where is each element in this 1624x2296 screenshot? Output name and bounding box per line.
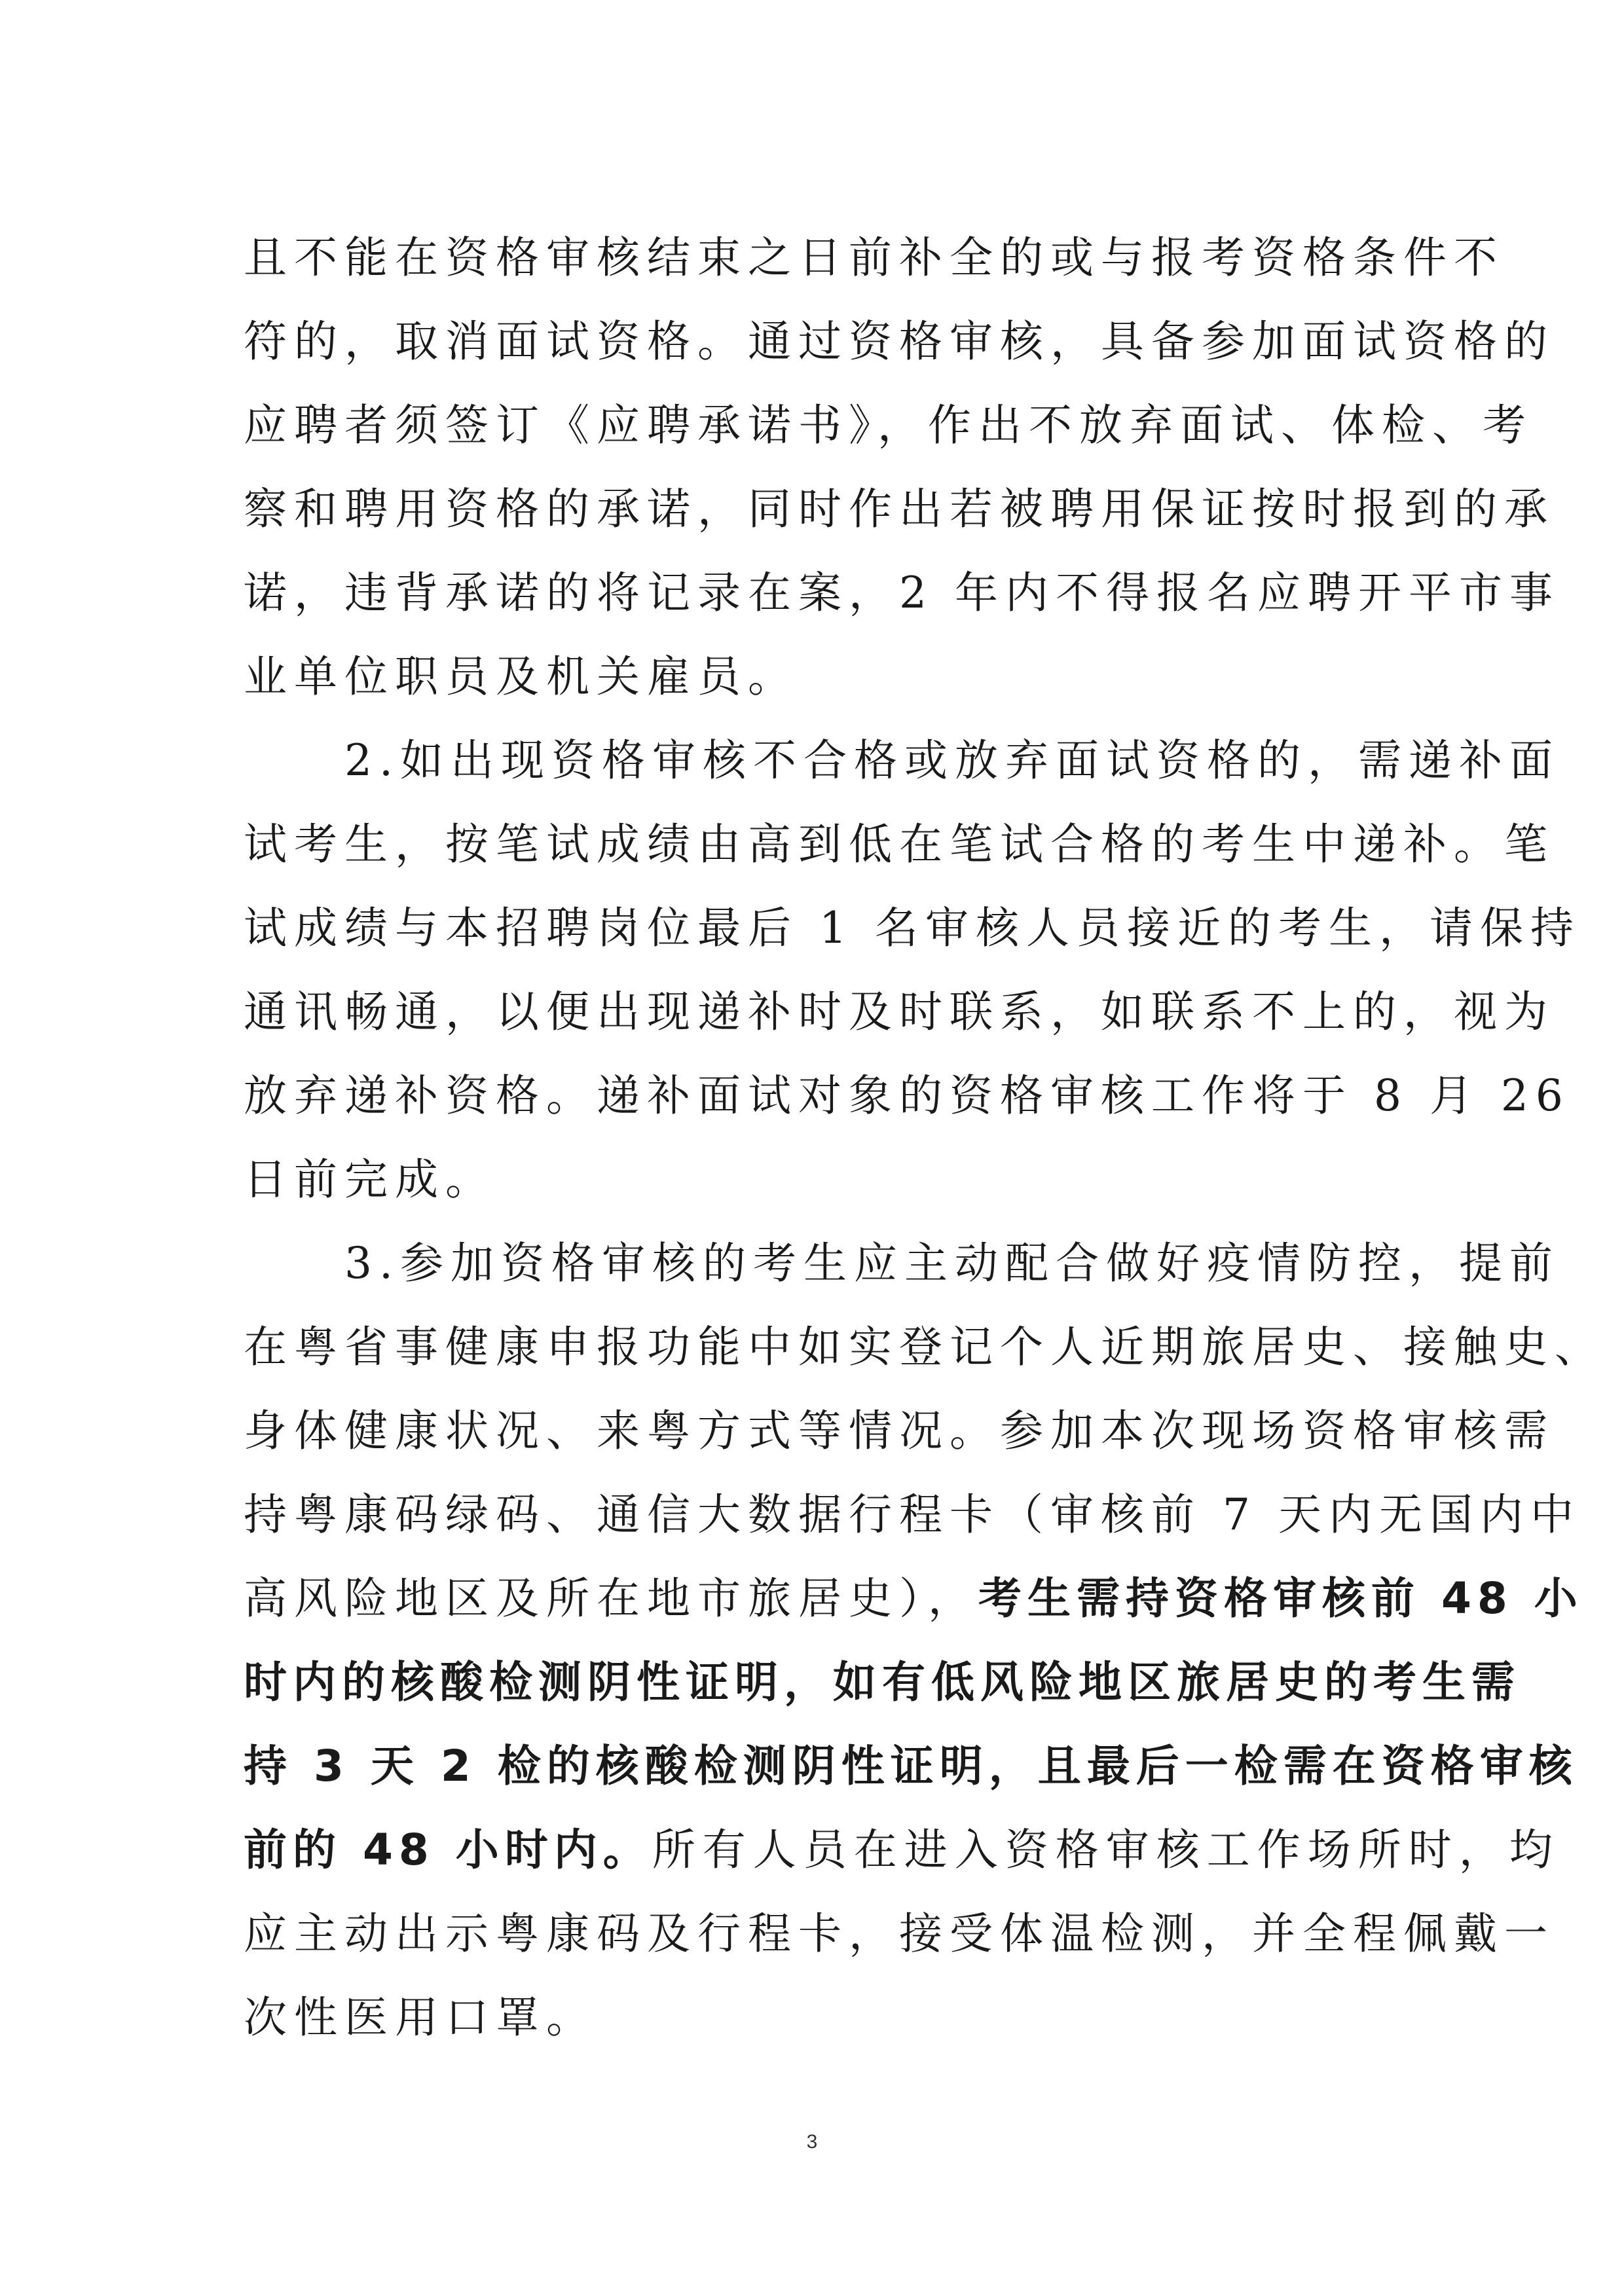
page-number: 3 <box>0 2131 1624 2153</box>
text-line: 察和聘用资格的承诺，同时作出若被聘用保证按时报到的承 <box>244 467 1383 551</box>
text-run: 符的，取消面试资格。通过资格审核，具备参加面试资格的 <box>244 316 1555 367</box>
text-line: 应主动出示粤康码及行程卡，接受体温检测，并全程佩戴一 <box>244 1892 1383 1976</box>
text-line: 符的，取消面试资格。通过资格审核，具备参加面试资格的 <box>244 300 1383 384</box>
text-line: 试考生，按笔试成绩由高到低在笔试合格的考生中递补。笔 <box>244 803 1383 886</box>
text-run: 次性医用口罩。 <box>244 1992 597 2043</box>
text-run: 日前完成。 <box>244 1154 496 1205</box>
bold-text: 时内的核酸检测阴性证明，如有低风险地区旅居史的考生需 <box>244 1657 1521 1707</box>
text-run: 2.如出现资格审核不合格或放弃面试资格的，需递补面 <box>244 735 1560 786</box>
text-line: 通讯畅通，以便出现递补时及时联系，如联系不上的，视为 <box>244 970 1383 1054</box>
text-run: 察和聘用资格的承诺，同时作出若被聘用保证按时报到的承 <box>244 484 1555 534</box>
text-line: 2.如出现资格审核不合格或放弃面试资格的，需递补面 <box>244 719 1383 803</box>
text-run: 试成绩与本招聘岗位最后 1 名审核人员接近的考生，请保持 <box>244 903 1581 953</box>
bold-text: 考生需持资格审核前 48 小 <box>978 1573 1583 1624</box>
text-line: 3.参加资格审核的考生应主动配合做好疫情防控，提前 <box>244 1222 1383 1305</box>
text-line: 在粤省事健康申报功能中如实登记个人近期旅居史、接触史、 <box>244 1305 1383 1389</box>
text-run: 且不能在资格审核结束之日前补全的或与报考资格条件不 <box>244 232 1504 283</box>
text-line: 高风险地区及所在地市旅居史），考生需持资格审核前 48 小 <box>244 1557 1383 1641</box>
text-line: 诺，违背承诺的将记录在案，2 年内不得报名应聘开平市事 <box>244 551 1383 635</box>
text-line: 次性医用口罩。 <box>244 1976 1383 2060</box>
text-run: 试考生，按笔试成绩由高到低在笔试合格的考生中递补。笔 <box>244 819 1555 869</box>
text-line: 业单位职员及机关雇员。 <box>244 635 1383 719</box>
text-line: 持粤康码绿码、通信大数据行程卡（审核前 7 天内无国内中 <box>244 1473 1383 1557</box>
text-line: 应聘者须签订《应聘承诺书》，作出不放弃面试、体检、考 <box>244 384 1383 467</box>
text-run: 在粤省事健康申报功能中如实登记个人近期旅居史、接触史、 <box>244 1322 1605 1372</box>
bold-text: 前的 48 小时内。 <box>244 1825 652 1875</box>
text-run: 业单位职员及机关雇员。 <box>244 651 798 702</box>
text-line: 且不能在资格审核结束之日前补全的或与报考资格条件不 <box>244 216 1383 300</box>
text-run: 所有人员在进入资格审核工作场所时，均 <box>652 1825 1560 1875</box>
text-run: 通讯畅通，以便出现递补时及时联系，如联系不上的，视为 <box>244 987 1555 1037</box>
text-run: 3.参加资格审核的考生应主动配合做好疫情防控，提前 <box>244 1238 1560 1288</box>
text-line: 日前完成。 <box>244 1138 1383 1222</box>
text-run: 放弃递补资格。递补面试对象的资格审核工作将于 8 月 26 <box>244 1070 1570 1121</box>
text-line: 身体健康状况、来粤方式等情况。参加本次现场资格审核需 <box>244 1389 1383 1473</box>
text-line: 放弃递补资格。递补面试对象的资格审核工作将于 8 月 26 <box>244 1054 1383 1138</box>
text-line: 持 3 天 2 检的核酸检测阴性证明，且最后一检需在资格审核 <box>244 1724 1383 1808</box>
document-body: 且不能在资格审核结束之日前补全的或与报考资格条件不符的，取消面试资格。通过资格审… <box>244 216 1383 2060</box>
text-line: 前的 48 小时内。所有人员在进入资格审核工作场所时，均 <box>244 1808 1383 1892</box>
text-run: 持粤康码绿码、通信大数据行程卡（审核前 7 天内无国内中 <box>244 1489 1581 1540</box>
text-line: 试成绩与本招聘岗位最后 1 名审核人员接近的考生，请保持 <box>244 886 1383 970</box>
text-line: 时内的核酸检测阴性证明，如有低风险地区旅居史的考生需 <box>244 1641 1383 1724</box>
text-run: 应聘者须签订《应聘承诺书》，作出不放弃面试、体检、考 <box>244 400 1533 450</box>
text-run: 高风险地区及所在地市旅居史）， <box>244 1573 978 1624</box>
bold-text: 持 3 天 2 检的核酸检测阴性证明，且最后一检需在资格审核 <box>244 1741 1578 1791</box>
text-run: 应主动出示粤康码及行程卡，接受体温检测，并全程佩戴一 <box>244 1908 1555 1959</box>
text-run: 诺，违背承诺的将记录在案，2 年内不得报名应聘开平市事 <box>244 568 1560 618</box>
text-run: 身体健康状况、来粤方式等情况。参加本次现场资格审核需 <box>244 1406 1555 1456</box>
